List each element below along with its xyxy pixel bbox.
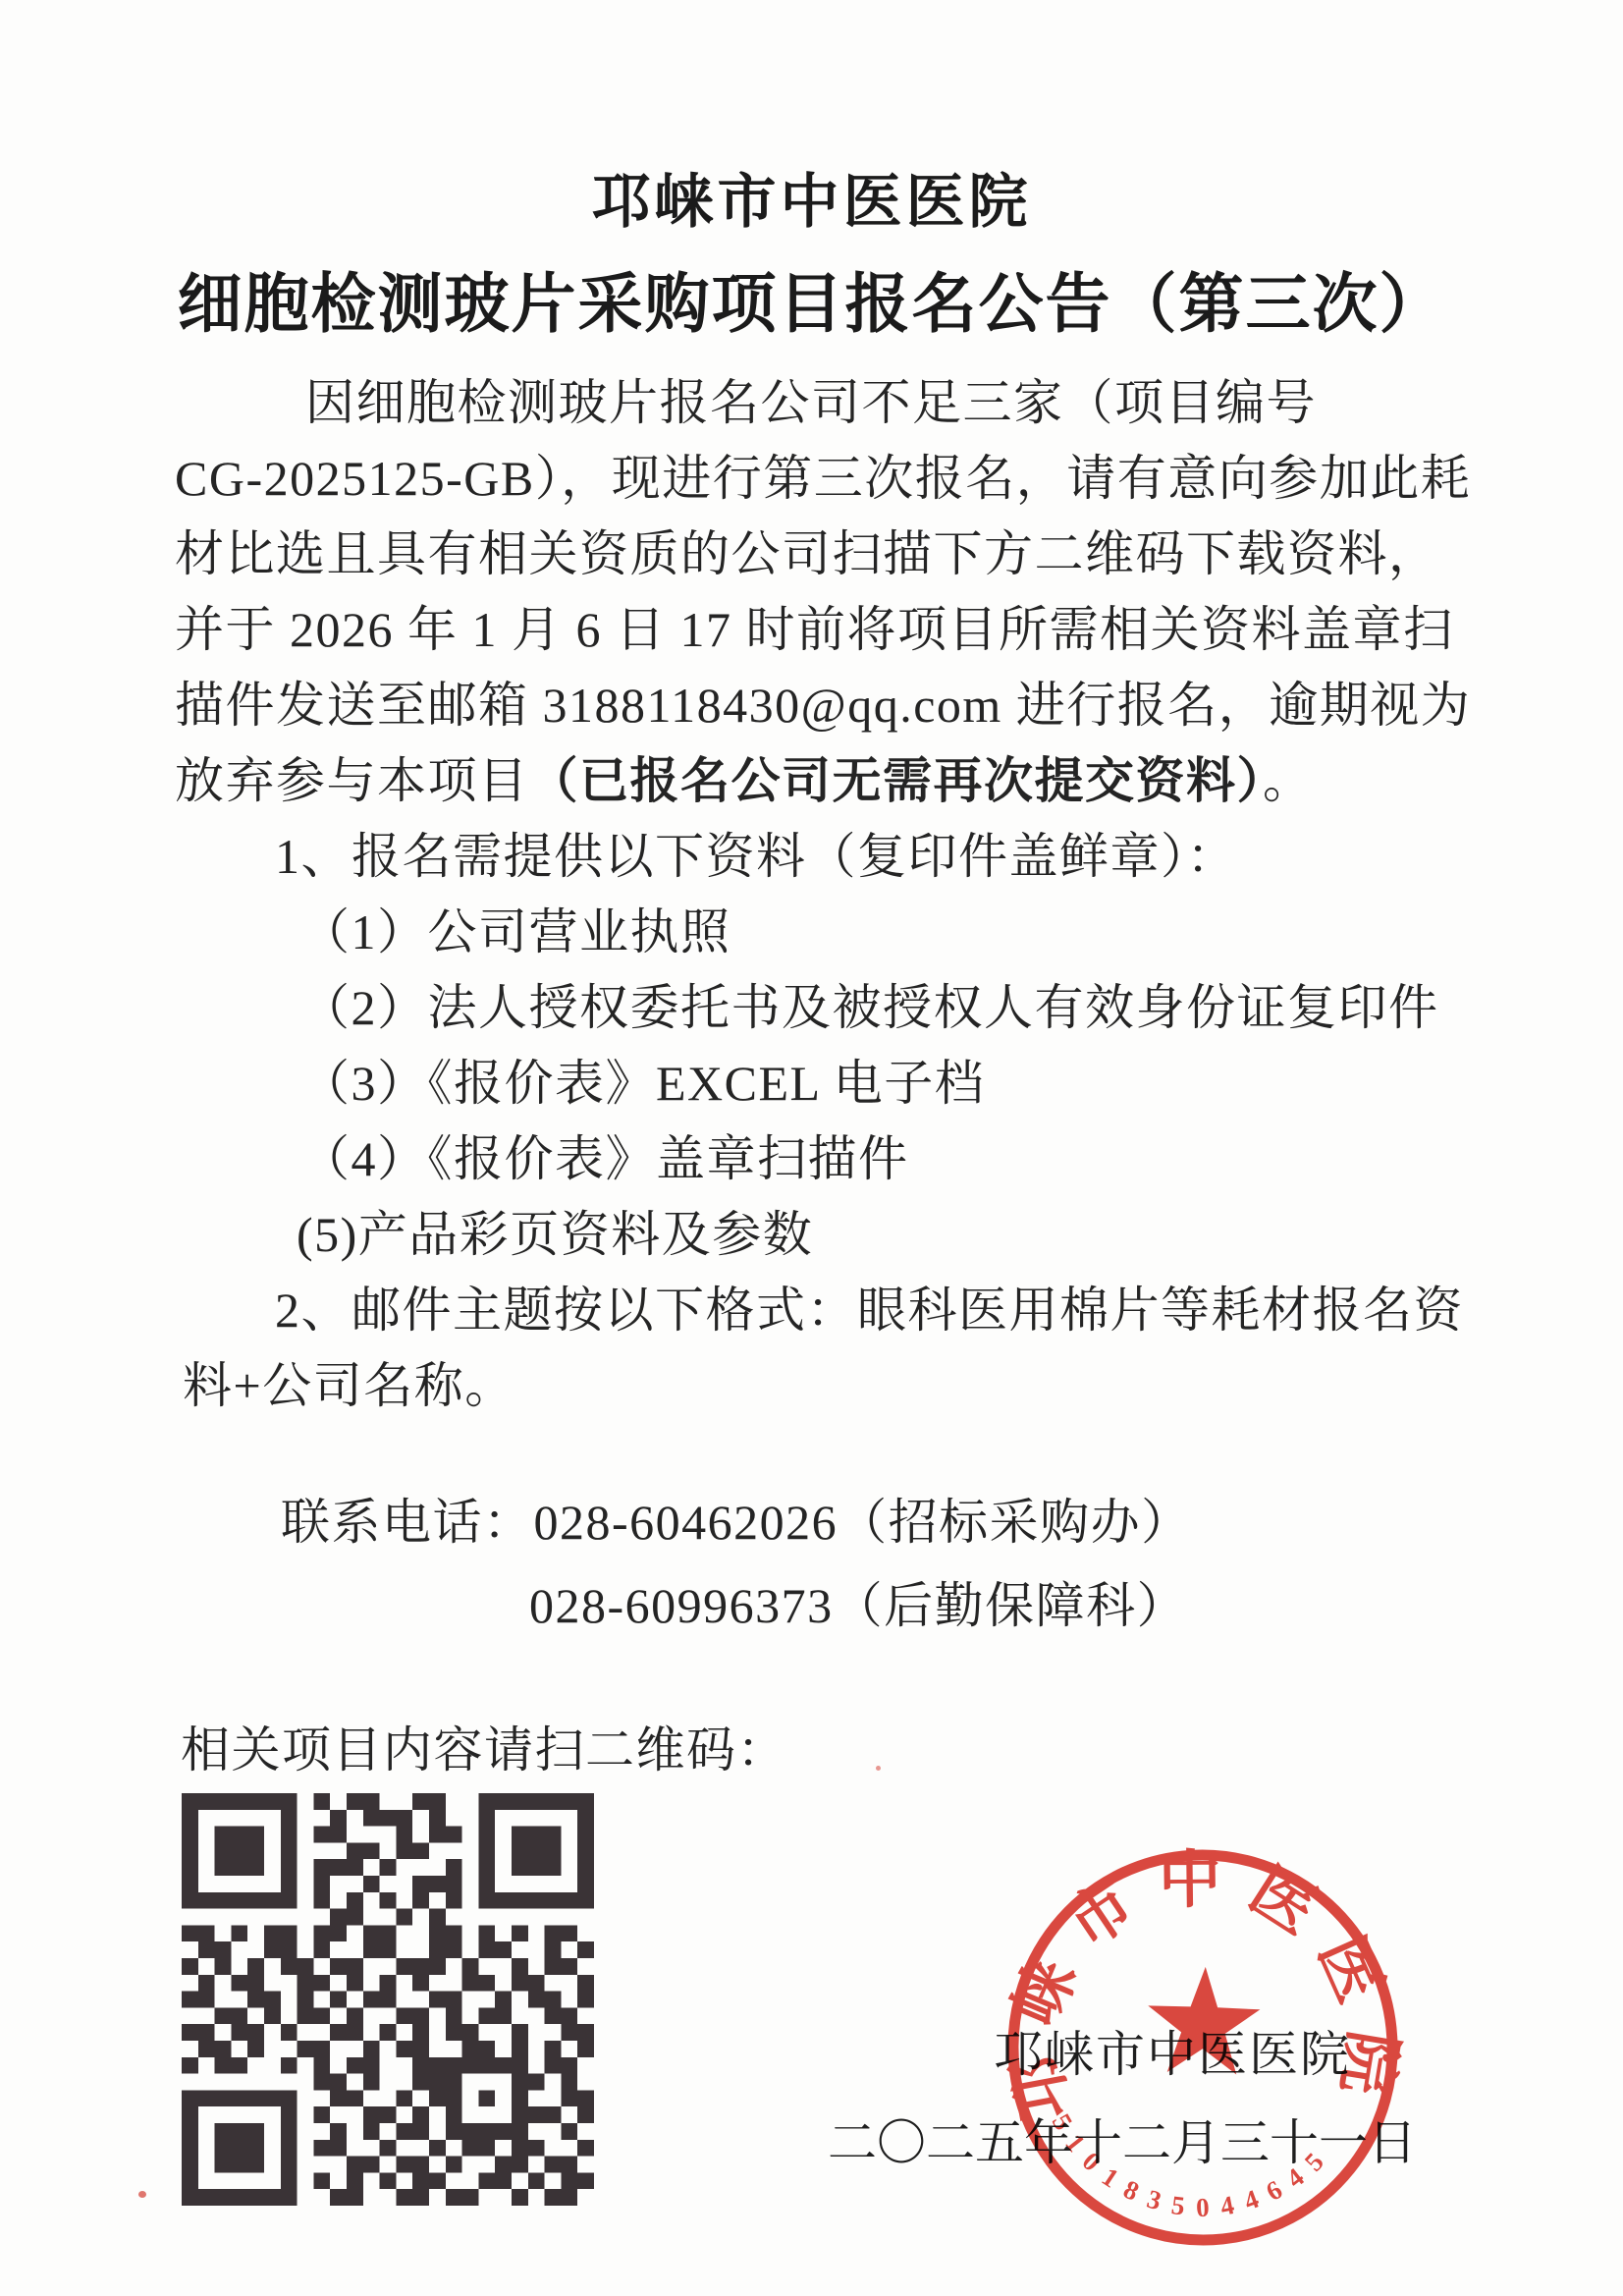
body-line: 因细胞检测玻片报名公司不足三家（项目编号 xyxy=(175,365,1540,441)
body-line-sub-4: （4）《报价表》盖章扫描件 xyxy=(175,1121,1540,1197)
qr-code xyxy=(182,1793,594,2206)
body-line: 描件发送至邮箱 3188118430@qq.com 进行报名，逾期视为 xyxy=(175,668,1540,743)
official-seal: 邛崃市中医医院 5101835044645 xyxy=(977,1822,1429,2273)
body-line: 放弃参与本项目（已报名公司无需再次提交资料）。 xyxy=(175,743,1540,819)
body-line-sub-2: （2）法人授权委托书及被授权人有效身份证复印件 xyxy=(175,970,1540,1046)
contact-line-2: 028-60996373（后勤保障科） xyxy=(175,1564,1192,1648)
body-line: 并于 2026 年 1 月 6 日 17 时前将项目所需相关资料盖章扫 xyxy=(175,592,1540,668)
contact-line-1: 联系电话：028-60462026（招标采购办） xyxy=(175,1481,1192,1564)
contact-dept-2: （后勤保障科） xyxy=(834,1578,1188,1633)
bold-note: （已报名公司无需再次提交资料） xyxy=(529,753,1264,808)
contact-phone-2: 028-60996373 xyxy=(529,1578,834,1633)
qr-section-label: 相关项目内容请扫二维码： xyxy=(181,1711,787,1781)
announcement-title: 细胞检测玻片采购项目报名公告（第三次） xyxy=(0,251,1623,345)
body-line-item-2: 2、邮件主题按以下格式：眼科医用棉片等耗材报名资 xyxy=(175,1273,1540,1348)
red-speck xyxy=(138,2191,146,2198)
announcement-document: 邛崃市中医医院 细胞检测玻片采购项目报名公告（第三次） 因细胞检测玻片报名公司不… xyxy=(0,0,1623,2296)
body-line: 料+公司名称。 xyxy=(175,1348,1540,1424)
body-line-sub-5: (5)产品彩页资料及参数 xyxy=(175,1197,1540,1273)
contact-block: 联系电话：028-60462026（招标采购办） 028-60996373（后勤… xyxy=(175,1481,1192,1648)
contact-dept-1: （招标采购办） xyxy=(838,1495,1192,1550)
contact-label: 联系电话： xyxy=(281,1495,534,1550)
seal-star-icon xyxy=(1146,1965,1262,2075)
announcement-body: 因细胞检测玻片报名公司不足三家（项目编号 CG-2025125-GB），现进行第… xyxy=(175,365,1540,1424)
body-line: 材比选且具有相关资质的公司扫描下方二维码下载资料， xyxy=(175,517,1540,592)
body-line: CG-2025125-GB），现进行第三次报名，请有意向参加此耗 xyxy=(175,441,1540,517)
red-speck xyxy=(876,1766,881,1771)
body-line-item-1: 1、报名需提供以下资料（复印件盖鲜章）： xyxy=(175,819,1540,895)
body-line-sub-3: （3）《报价表》EXCEL 电子档 xyxy=(175,1046,1540,1121)
body-line-sub-1: （1）公司营业执照 xyxy=(175,895,1540,970)
contact-phone-1: 028-60462026 xyxy=(534,1495,839,1550)
hospital-name-title: 邛崃市中医医院 xyxy=(0,155,1623,240)
